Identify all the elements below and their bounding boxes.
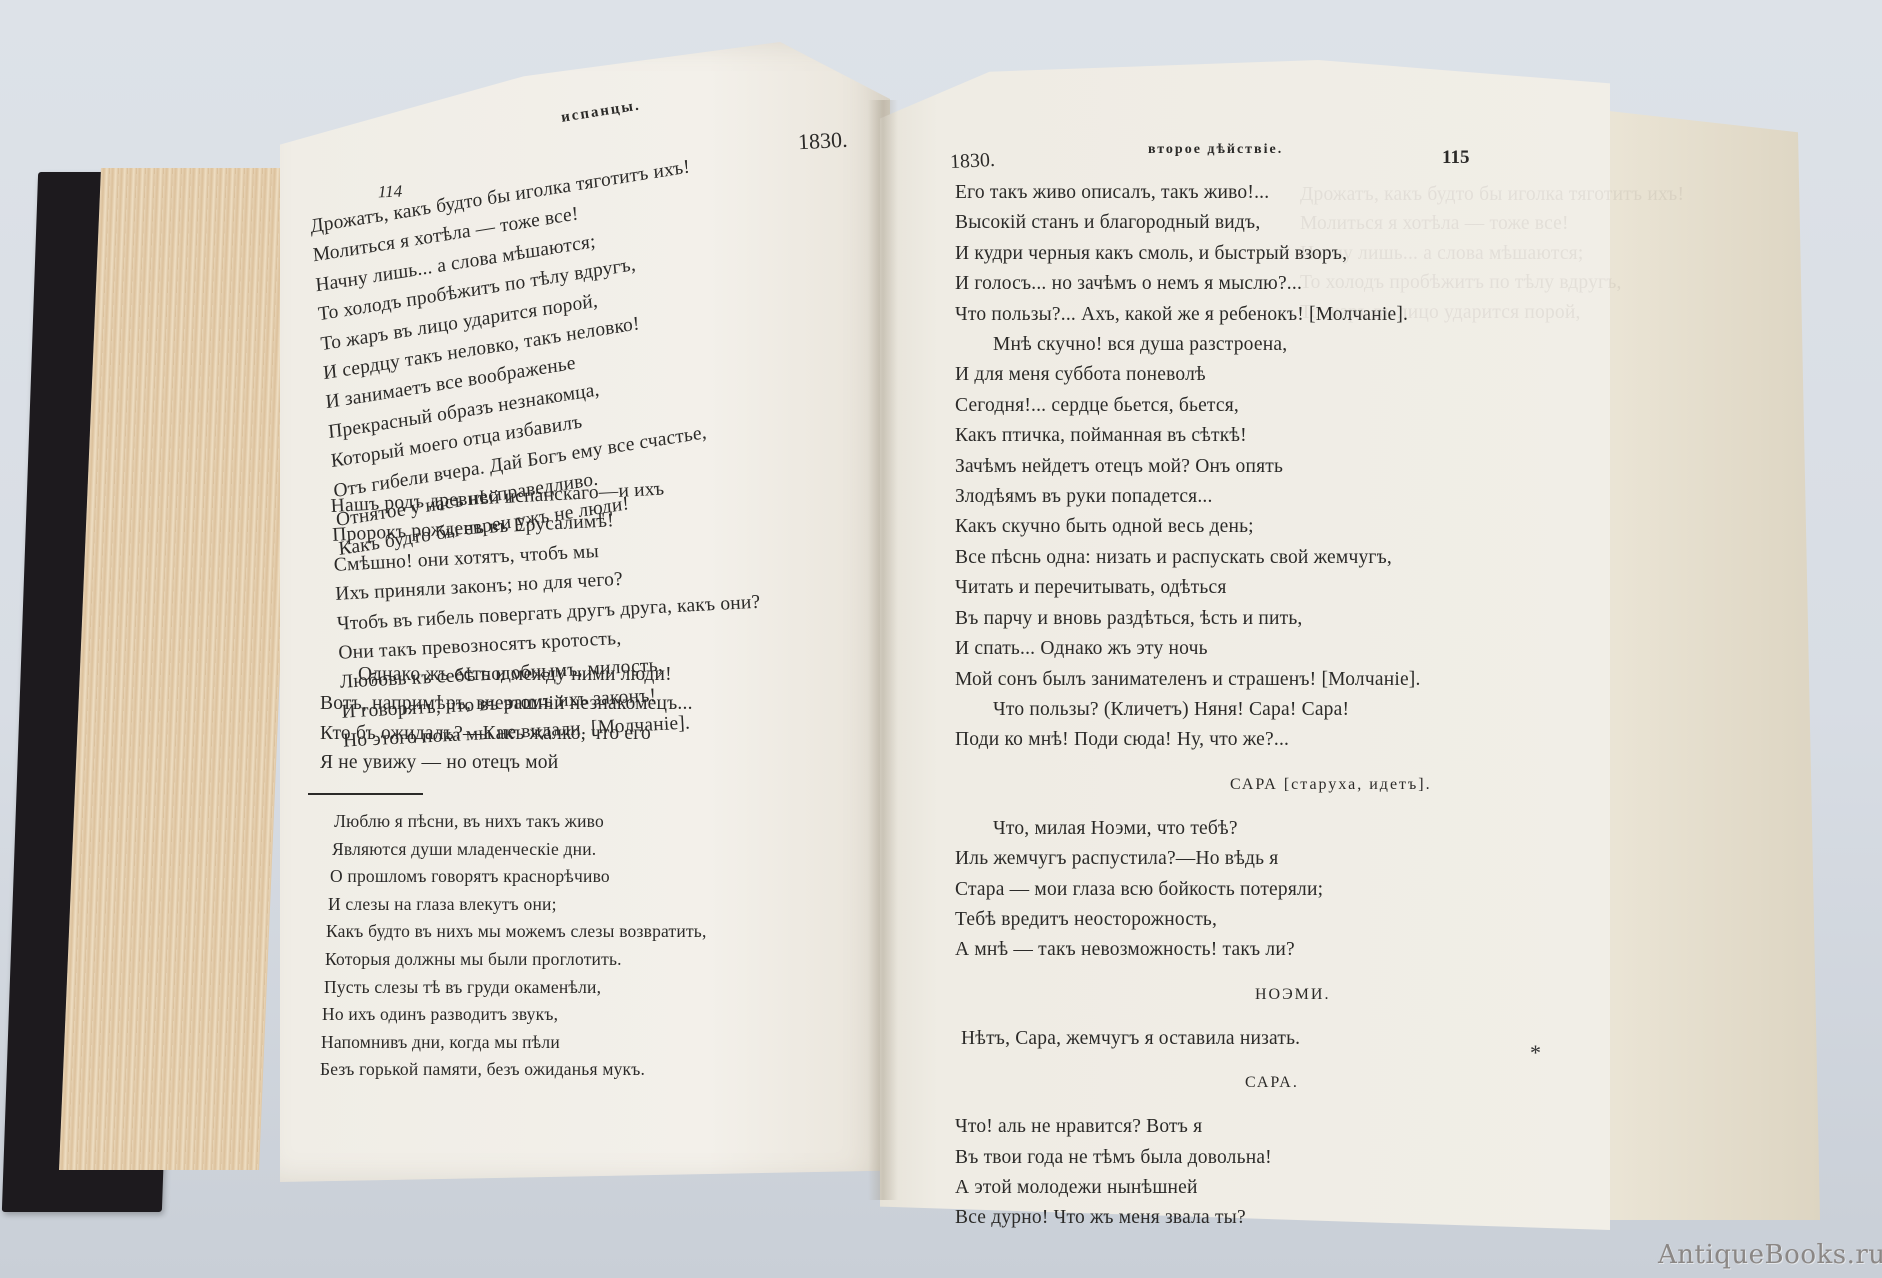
verse-line: Мнѣ скучно! вся душа разстроена, [955, 330, 1432, 360]
verse-line: Сегодня!... сердце бьется, бьется, [955, 391, 1432, 421]
verse-line: Высокій станъ и благородный видъ, [955, 208, 1432, 238]
footnote-line: О прошломъ говорятъ краснорѣчиво [320, 863, 707, 891]
footnote-line: Но ихъ одинъ разводитъ звукъ, [320, 1001, 707, 1029]
right-page-number: 115 [1442, 147, 1469, 169]
speaker-name: НОЭМИ. [955, 980, 1432, 1010]
footnote-divider [308, 793, 423, 795]
verse-line: Стара — мои глаза всю бойкость потеряли; [955, 875, 1432, 905]
book-gutter [868, 100, 898, 1200]
verse-line: Его такъ живо описалъ, такъ живо!... [955, 178, 1432, 208]
verse-line: Въ парчу и вновь раздѣться, ѣсть и пить, [955, 604, 1432, 634]
left-verse-bottom: Однако жъ есть и между ними люди! Вотъ, … [320, 660, 693, 778]
footnote-line: И слезы на глаза влекутъ они; [320, 891, 707, 919]
verse-line: Злодѣямъ въ руки попадется... [955, 482, 1432, 512]
verse-line: Я не увижу — но отецъ мой [320, 748, 693, 777]
footnote-line: Какъ будто въ нихъ мы можемъ слезы возвр… [320, 918, 707, 946]
verse-line: Что пользы?... Ахъ, какой же я ребенокъ!… [955, 300, 1432, 330]
verse-line: И спать... Однако жъ эту ночь [955, 634, 1432, 664]
verse-line: А мнѣ — такъ невозможность! такъ ли? [955, 935, 1432, 965]
verse-line: Въ твои года не тѣмъ была довольна! [955, 1143, 1432, 1173]
watermark-text: AntiqueBooks.ru [1658, 1240, 1882, 1270]
left-header-year: 1830. [797, 127, 848, 156]
verse-line: Поди ко мнѣ! Поди сюда! Ну, что же?... [955, 725, 1432, 755]
left-footnote: Люблю я пѣсни, въ нихъ такъ живо Являютс… [320, 808, 707, 1084]
verse-line: Что! аль не нравится? Вотъ я [955, 1112, 1432, 1142]
asterisk-mark: * [1530, 1040, 1541, 1066]
verse-line: И кудри черныя какъ смоль, и быстрый взо… [955, 239, 1432, 269]
verse-line: Иль жемчугъ распустила?—Но вѣдь я [955, 844, 1432, 874]
verse-line: Нѣтъ, Сара, жемчугъ я оставила низать. [955, 1024, 1432, 1054]
verse-line: Какъ птичка, пойманная въ сѣткѣ! [955, 421, 1432, 451]
right-header-year: 1830. [949, 149, 995, 174]
verse-line: Что пользы? (Кличетъ) Няня! Сара! Сара! [955, 695, 1432, 725]
verse-line: И для меня суббота поневолѣ [955, 360, 1432, 390]
verse-line: А этой молодежи нынѣшней [955, 1173, 1432, 1203]
right-running-header: второе дѣйствіе. [1148, 142, 1283, 158]
page-edges-left [59, 168, 301, 1170]
verse-line: Что, милая Ноэми, что тебѣ? [955, 814, 1432, 844]
verse-line: Вотъ, напримѣръ, вчерашній незнакомецъ..… [320, 689, 693, 718]
footnote-line: Являются души младенческіе дни. [320, 836, 707, 864]
speaker-name: САРА [старуха, идетъ]. [955, 770, 1432, 800]
verse-line: Какъ скучно быть одной весь день; [955, 512, 1432, 542]
verse-line: Кто бъ ожидалъ?—Какъ жалко, что его [320, 719, 693, 748]
photo-scene: Дрожатъ, какъ будто бы иголка тяготитъ и… [0, 0, 1882, 1278]
verse-line: И голосъ... но зачѣмъ о немъ я мыслю?... [955, 269, 1432, 299]
footnote-line: Которыя должны мы были проглотить. [320, 946, 707, 974]
footnote-line: Люблю я пѣсни, въ нихъ такъ живо [320, 808, 707, 836]
verse-line: Зачѣмъ нейдетъ отецъ мой? Онъ опять [955, 452, 1432, 482]
verse-line: Читать и перечитывать, одѣться [955, 573, 1432, 603]
verse-line: Мой сонъ былъ занимателенъ и страшенъ! [… [955, 665, 1432, 695]
footnote-line: Безъ горькой памяти, безъ ожиданья мукъ. [320, 1056, 707, 1084]
footnote-line: Напомнивъ дни, когда мы пѣли [320, 1029, 707, 1057]
speaker-name: САРА. [955, 1068, 1432, 1098]
verse-line: Все дурно! Что жъ меня звала ты? [955, 1203, 1432, 1233]
verse-line: Тебѣ вредитъ неосторожность, [955, 905, 1432, 935]
footnote-line: Пусть слезы тѣ въ груди окаменѣли, [320, 974, 707, 1002]
right-dialogue: Его такъ живо описалъ, такъ живо!... Выс… [955, 178, 1432, 1234]
verse-line: Все пѣснь одна: низать и распускать свой… [955, 543, 1432, 573]
verse-line: Однако жъ есть и между ними люди! [320, 660, 693, 689]
